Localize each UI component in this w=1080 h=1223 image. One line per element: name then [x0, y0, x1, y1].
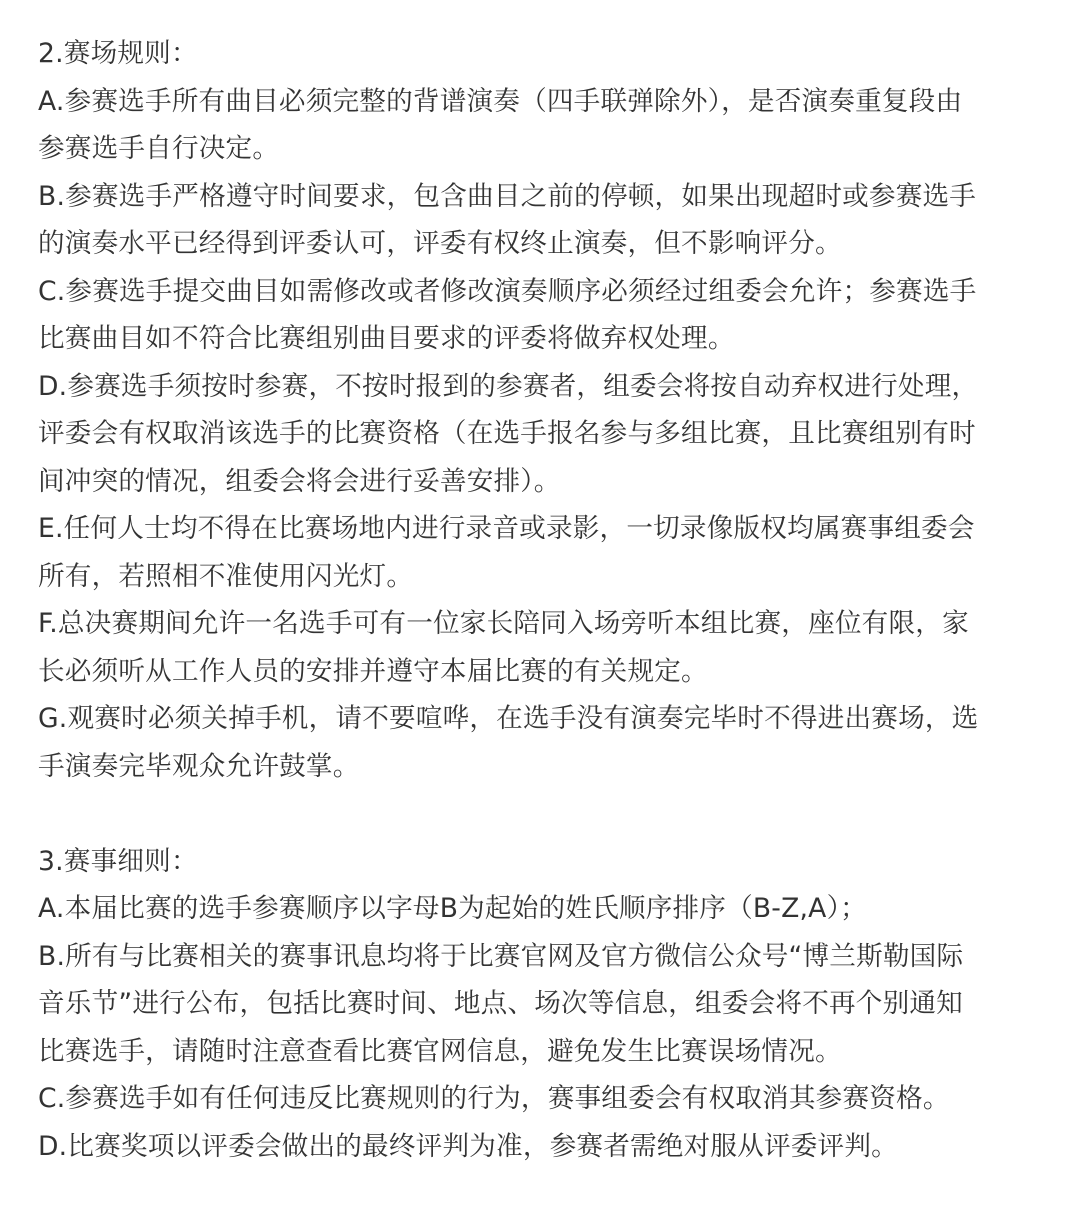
section-heading: 3.赛事细则： [38, 838, 1042, 886]
detail-line: D.比赛奖项以评委会做出的最终评判为准，参赛者需绝对服从评委评判。 [38, 1123, 1042, 1171]
rule-line: 的演奏水平已经得到评委认可，评委有权终止演奏，但不影响评分。 [38, 220, 1042, 268]
rule-line: G.观赛时必须关掉手机，请不要喧哗，在选手没有演奏完毕时不得进出赛场，选 [38, 695, 1042, 743]
rule-line: 评委会有权取消该选手的比赛资格（在选手报名参与多组比赛，且比赛组别有时 [38, 410, 1042, 458]
rule-line: B.参赛选手严格遵守时间要求，包含曲目之前的停顿，如果出现超时或参赛选手 [38, 173, 1042, 221]
detail-line: B.所有与比赛相关的赛事讯息均将于比赛官网及官方微信公众号“博兰斯勒国际 [38, 933, 1042, 981]
rule-line: 比赛曲目如不符合比赛组别曲目要求的评委将做弃权处理。 [38, 315, 1042, 363]
rule-line: D.参赛选手须按时参赛，不按时报到的参赛者，组委会将按自动弃权进行处理， [38, 363, 1042, 411]
rule-line: 长必须听从工作人员的安排并遵守本届比赛的有关规定。 [38, 648, 1042, 696]
rule-line: C.参赛选手提交曲目如需修改或者修改演奏顺序必须经过组委会允许；参赛选手 [38, 268, 1042, 316]
rule-line: A.参赛选手所有曲目必须完整的背谱演奏（四手联弹除外），是否演奏重复段由 [38, 78, 1042, 126]
section-heading: 2.赛场规则： [38, 30, 1042, 78]
rule-line: E.任何人士均不得在比赛场地内进行录音或录影，一切录像版权均属赛事组委会 [38, 505, 1042, 553]
detail-line: 比赛选手，请随时注意查看比赛官网信息，避免发生比赛误场情况。 [38, 1028, 1042, 1076]
rule-line: F.总决赛期间允许一名选手可有一位家长陪同入场旁听本组比赛，座位有限，家 [38, 600, 1042, 648]
section-spacer [38, 790, 1042, 838]
rule-line: 参赛选手自行决定。 [38, 125, 1042, 173]
rule-line: 手演奏完毕观众允许鼓掌。 [38, 743, 1042, 791]
rule-line: 间冲突的情况，组委会将会进行妥善安排）。 [38, 458, 1042, 506]
detail-line: A.本届比赛的选手参赛顺序以字母B为起始的姓氏顺序排序（B-Z,A）； [38, 885, 1042, 933]
detail-line: 音乐节”进行公布，包括比赛时间、地点、场次等信息，组委会将不再个别通知 [38, 980, 1042, 1028]
document-body: 2.赛场规则： A.参赛选手所有曲目必须完整的背谱演奏（四手联弹除外），是否演奏… [0, 0, 1080, 1170]
detail-line: C.参赛选手如有任何违反比赛规则的行为，赛事组委会有权取消其参赛资格。 [38, 1075, 1042, 1123]
rule-line: 所有，若照相不准使用闪光灯。 [38, 553, 1042, 601]
